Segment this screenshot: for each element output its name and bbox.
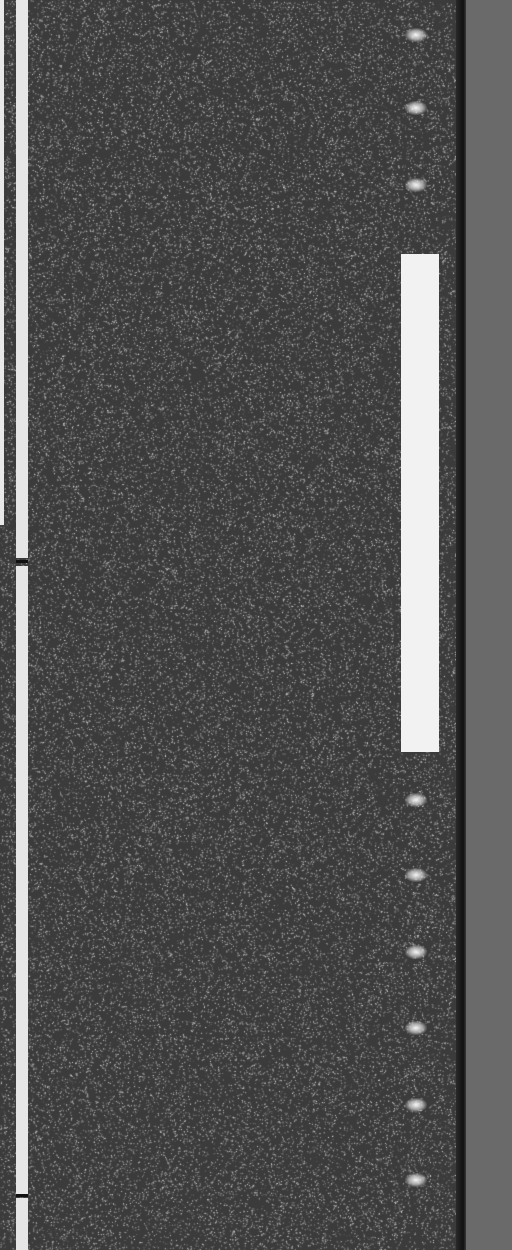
- road-marker: [405, 28, 427, 42]
- lane-line-segment: [16, 0, 28, 558]
- far-edge-line: [0, 0, 4, 525]
- white-patch-marking: [401, 254, 439, 752]
- road-marker: [405, 1021, 427, 1035]
- aerial-road-scene: [0, 0, 512, 1250]
- road-marker: [405, 945, 427, 959]
- lane-line-joint: [16, 560, 28, 563]
- shoulder: [466, 0, 512, 1250]
- lane-line-segment: [16, 1198, 28, 1250]
- lane-line-segment: [16, 566, 28, 1194]
- lane-line-joint: [16, 1194, 28, 1197]
- road-marker: [405, 178, 427, 192]
- road-marker: [405, 793, 427, 807]
- road-marker: [405, 868, 427, 882]
- road-marker: [405, 1098, 427, 1112]
- road-marker: [405, 1173, 427, 1187]
- road-marker: [405, 101, 427, 115]
